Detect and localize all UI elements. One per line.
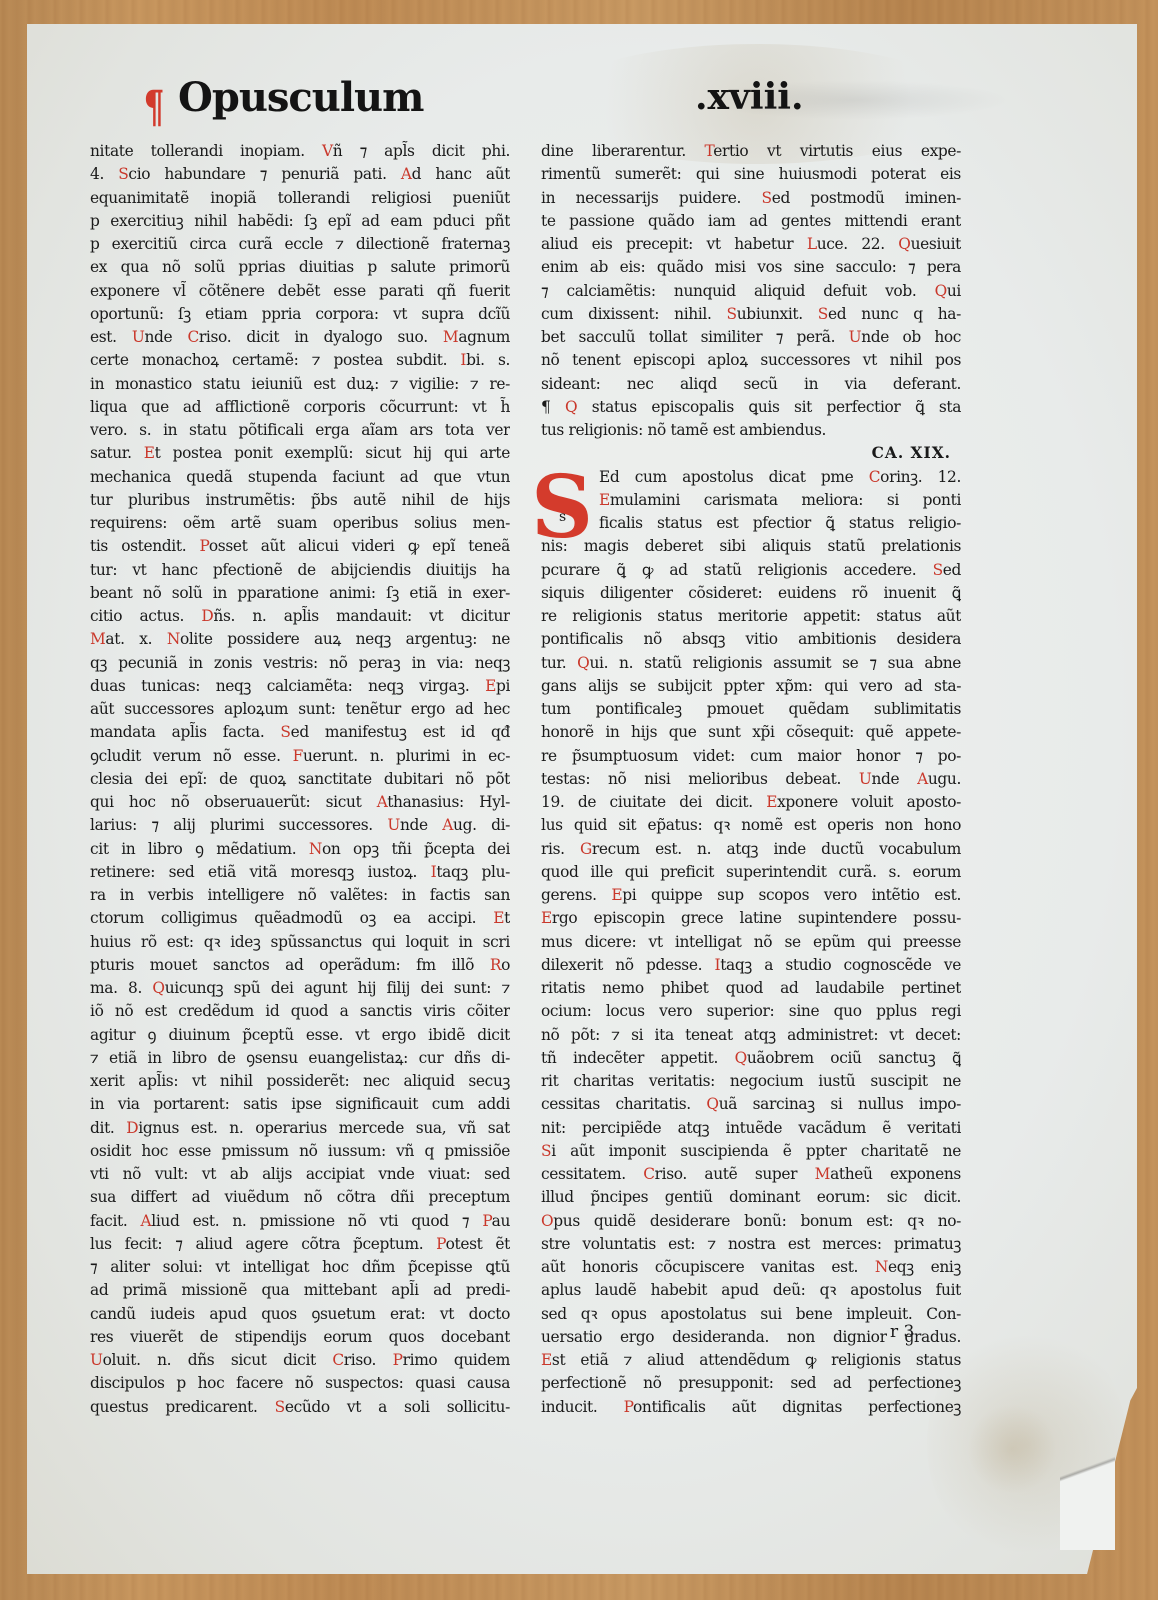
text-line: p exercitiuꝫ nihil habẽdi: ſꝫ epĩ ad eam… <box>90 210 510 233</box>
rubricated-letter: S <box>933 561 943 579</box>
text-line: re p̃sumptuosum videt: cum maior honor ⁊… <box>541 745 961 768</box>
text-line: gerens. Epi quippe sup scopos vero intẽt… <box>541 884 961 907</box>
text-line: ⁊ etiã in libro de ꝯsensu euangelistaꝝ: … <box>90 1047 510 1070</box>
rubricated-letter: N <box>309 840 322 858</box>
text-line: cum dixissent: nihil. Subiunxit. Sed nun… <box>541 303 961 326</box>
text-line: discipulos p hoc facere nõ suspectos: qu… <box>90 1372 510 1395</box>
text-line: nõ põt: ⁊ si ita teneat atqꝫ administret… <box>541 1024 961 1047</box>
rubricated-letter: S <box>118 165 128 183</box>
text-line: sua differt ad viuẽdum nõ cõtra dñi prec… <box>90 1186 510 1209</box>
text-line: mandata apl̃is facta. Sed manifestuꝫ est… <box>90 721 510 744</box>
text-line: questus predicarent. Secũdo vt a soli so… <box>90 1396 510 1419</box>
text-line: satur. Et postea ponit exemplũ: sicut hi… <box>90 442 510 465</box>
text-line: bet sacculũ tollat similiter ⁊ perã. Und… <box>541 326 961 349</box>
rubricated-letter: L <box>807 235 817 253</box>
text-line: Opus quidẽ desiderare bonũ: bonum est: q… <box>541 1210 961 1233</box>
rubricated-letter: D <box>201 607 213 625</box>
rubricated-letter: C <box>187 328 198 346</box>
text-line: dilexerit nõ pdesse. Itaqꝫ a studio cogn… <box>541 954 961 977</box>
text-line: enim ab eis: quãdo misi vos sine sacculo… <box>541 256 961 279</box>
rubricated-letter: Q <box>935 282 947 300</box>
rubricated-letter: P <box>199 537 208 555</box>
rubricated-letter: C <box>869 468 880 486</box>
text-line: res viuerẽt de stipendijs eorum quos doc… <box>90 1326 510 1349</box>
rubricated-letter: E <box>766 793 777 811</box>
text-line: exponere vl̃ cõtẽnere debẽt esse parati … <box>90 280 510 303</box>
text-line: Est etiã ⁊ aliud attendẽdum ꝙ religionis… <box>541 1349 961 1372</box>
text-line: ocium: locus vero superior: sine quo ppl… <box>541 1000 961 1023</box>
text-line: testas: nõ nisi melioribus debeat. Unde … <box>541 768 961 791</box>
rubricated-letter: S <box>280 723 290 741</box>
rubricated-letter: P <box>482 1212 491 1230</box>
text-line: nis: magis deberet sibi aliquis statũ pr… <box>541 535 961 558</box>
text-block-before-chapter: dine liberarentur. Tertio vt virtutis ei… <box>541 140 961 442</box>
rubricated-letter: A <box>377 793 388 811</box>
text-line: larius: ⁊ alij plurimi successores. Unde… <box>90 814 510 837</box>
text-line: Si aũt imponit suscipienda ẽ ppter chari… <box>541 1140 961 1163</box>
text-line: certe monachoꝝ certamẽ: ⁊ postea subdit.… <box>90 349 510 372</box>
text-line: xerit apl̃is: vt nihil possiderẽt: nec a… <box>90 1070 510 1093</box>
rubricated-letter: O <box>541 1212 553 1230</box>
text-line: re religionis status meritorie appetit: … <box>541 605 961 628</box>
text-line: lus quid sit ep̃atus: qꝛ nomẽ est operis… <box>541 814 961 837</box>
text-line: p exercitiũ circa curã eccle ⁊ dilection… <box>90 233 510 256</box>
chapter-opening: S s Ed cum apostolus dicat pme Corinꝫ. 1… <box>541 466 961 536</box>
text-line: Ed cum apostolus dicat pme Corinꝫ. 12. <box>541 466 961 489</box>
text-line: tñ indecẽter appetit. Quãobrem ociũ sanc… <box>541 1047 961 1070</box>
rubricated-letter: A <box>141 1212 152 1230</box>
text-line: honorẽ in hijs que sunt xp̃i cõsequit: q… <box>541 721 961 744</box>
rubricated-letter: Q <box>735 1049 747 1067</box>
text-column-left: nitate tollerandi inopiam. Vñ ⁊ apl̃s di… <box>90 140 510 1419</box>
rubricated-letter: A <box>442 816 453 834</box>
text-line: lus fecit: ⁊ aliud agere cõtra p̃ceptum.… <box>90 1233 510 1256</box>
rubricated-letter: Q <box>565 398 577 416</box>
guide-letter: s <box>559 506 566 529</box>
text-line: osidit hoc esse pmissum nõ iussum: vñ q … <box>90 1140 510 1163</box>
rubricated-letter: U <box>90 1351 103 1369</box>
text-line: in via portarent: satis ipse significaui… <box>90 1093 510 1116</box>
rubricated-letter: M <box>443 328 458 346</box>
rubricated-letter: I <box>460 351 466 369</box>
rubricated-letter: E <box>144 444 155 462</box>
text-line: oportunũ: ſꝫ etiam ppria corpora: vt sup… <box>90 303 510 326</box>
rubricated-letter: T <box>705 142 714 160</box>
folio-number: .xviii. <box>695 76 803 118</box>
rubricated-letter: C <box>643 1165 654 1183</box>
text-line: clesia dei epĩ: de quoꝝ sanctitate dubit… <box>90 768 510 791</box>
text-line: rimentũ sumerẽt: qui sine huiusmodi pote… <box>541 163 961 186</box>
text-line: ¶ Q status episcopalis ꝗuis sit perfecti… <box>541 396 961 419</box>
rubricated-letter: E <box>485 677 496 695</box>
text-line: ⁊ calciamẽtis: nunquid aliquid defuit vo… <box>541 280 961 303</box>
rubricated-letter: S <box>818 305 828 323</box>
rubricated-letter: Q <box>706 1095 718 1113</box>
text-line: Uoluit. n. dñs sicut dicit Criso. Primo … <box>90 1349 510 1372</box>
rubricated-letter: E <box>541 909 552 927</box>
text-line: pturis mouet sanctos ad operãdum: fm ill… <box>90 954 510 977</box>
text-line: stre voluntatis est: ⁊ nostra est merces… <box>541 1233 961 1256</box>
rubricated-letter: S <box>541 1142 551 1160</box>
folded-corner-crease <box>1060 1390 1115 1550</box>
text-line: ⁊ aliter solui: vt intelligat hoc dñm p̃… <box>90 1256 510 1279</box>
text-line: te passione quãdo iam ad gentes mittendi… <box>541 210 961 233</box>
text-line: nitate tollerandi inopiam. Vñ ⁊ apl̃s di… <box>90 140 510 163</box>
text-line: facit. Aliud est. n. pmissione nõ vti qu… <box>90 1210 510 1233</box>
text-line: 19. de ciuitate dei dicit. Exponere volu… <box>541 791 961 814</box>
text-line: qꝫ pecuniã in zonis vestris: nõ peraꝫ in… <box>90 652 510 675</box>
text-line: cessitatem. Criso. autẽ super Matheũ exp… <box>541 1163 961 1186</box>
text-line: aũt successores aploꝝum sunt: tenẽtur er… <box>90 698 510 721</box>
text-line: cit in libro ꝯ mẽdatium. Non opꝫ tñi p̃c… <box>90 838 510 861</box>
text-block-beside-initial: Ed cum apostolus dicat pme Corinꝫ. 12.Em… <box>541 466 961 536</box>
text-line: liqua que ad afflictionẽ corporis cõcurr… <box>90 396 510 419</box>
text-line: tur pluribus instrumẽtis: p̃bs autẽ nihi… <box>90 489 510 512</box>
rubricated-letter: F <box>293 747 303 765</box>
text-line: tur. Qui. n. statũ religionis assumit se… <box>541 652 961 675</box>
text-line: inducit. Pontificalis aũt dignitas perfe… <box>541 1396 961 1419</box>
page-header: ¶ Opusculum .xviii. <box>100 60 1000 140</box>
rubricated-letter: E <box>611 886 622 904</box>
running-title: Opusculum <box>178 74 423 121</box>
text-line: nit: percipiẽde atqꝫ intuẽde vacãdum ẽ v… <box>541 1117 961 1140</box>
text-line: beant nõ solũ in pparatione animi: ſꝫ et… <box>90 582 510 605</box>
text-line: ctorum colligimus quẽadmodũ oꝫ ea accipi… <box>90 907 510 930</box>
text-line: est. Unde Criso. dicit in dyalogo suo. M… <box>90 326 510 349</box>
rubricated-letter: Q <box>577 654 589 672</box>
text-line: quod ille qui preficit superintendit cur… <box>541 861 961 884</box>
text-line: aliud eis precepit: vt habetur Luce. 22.… <box>541 233 961 256</box>
text-line: requirens: oẽm artẽ suam operibus solius… <box>90 512 510 535</box>
rubricated-letter: N <box>875 1258 888 1276</box>
text-line: ad primã missionẽ qua mittebant apl̃i ad… <box>90 1279 510 1302</box>
text-line: mechanica quedã stupenda faciunt ad que … <box>90 466 510 489</box>
rubricated-letter: Q <box>152 979 164 997</box>
rubricated-letter: U <box>387 816 400 834</box>
text-line: candũ iudeis apud quos ꝯsuetum erat: vt … <box>90 1303 510 1326</box>
text-line: iõ nõ est credẽdum id quod a sanctis vir… <box>90 1000 510 1023</box>
chapter-heading: CA. XIX. <box>541 442 961 465</box>
rubricated-letter: V <box>322 142 333 160</box>
signature-mark: r 3 <box>890 1322 914 1342</box>
foxing-stain <box>967 1404 1057 1494</box>
text-line: equanimitatẽ inopiã tollerandi religiosi… <box>90 187 510 210</box>
text-line: illud p̃ncipes gentiũ dominant eorum: si… <box>541 1186 961 1209</box>
text-line: tis ostendit. Posset aũt alicui videri ꝙ… <box>90 535 510 558</box>
text-line: mus dicere: vt intelligat nõ se epũm qui… <box>541 931 961 954</box>
rubricated-letter: G <box>580 840 592 858</box>
rubricated-letter: P <box>393 1351 403 1369</box>
text-line: in monastico statu ieiuniũ est duꝝ: ⁊ vi… <box>90 373 510 396</box>
rubricated-letter: U <box>859 770 872 788</box>
rubricated-letter: S <box>762 189 772 207</box>
text-line: citio actus. Dñs. n. apl̃is mandauit: vt… <box>90 605 510 628</box>
paragraph-mark-icon: ¶ <box>144 82 165 133</box>
rubricated-letter: C <box>332 1351 343 1369</box>
rubricated-letter: R <box>490 956 501 974</box>
rubricated-letter: D <box>126 1119 138 1137</box>
text-line: Emulamini carismata meliora: si ponti <box>541 489 961 512</box>
text-line: ris. Grecum est. n. atqꝫ inde ductũ voca… <box>541 838 961 861</box>
text-line: duas tunicas: neqꝫ calciamẽta: neqꝫ virg… <box>90 675 510 698</box>
rubricated-letter: Q <box>898 235 910 253</box>
text-line: sideant: nec aliqd secũ in via deferant. <box>541 373 961 396</box>
text-line: agitur ꝯ diuinum p̃ceptũ esse. vt ergo i… <box>90 1024 510 1047</box>
text-line: tus religionis: nõ tamẽ est ambiendus. <box>541 419 961 442</box>
text-line: nõ tenent episcopi aploꝝ successores vt … <box>541 349 961 372</box>
text-line: qui hoc nõ obseruauerũt: sicut Athanasiu… <box>90 791 510 814</box>
text-line: cessitas charitatis. Quã sarcinaꝫ si nul… <box>541 1093 961 1116</box>
text-line: ra in verbis intelligere nõ valẽtes: in … <box>90 884 510 907</box>
text-line: ꝯcludit verum nõ esse. Fuerunt. n. pluri… <box>90 745 510 768</box>
text-line: in necessarijs puidere. Sed postmodũ imi… <box>541 187 961 210</box>
text-line: Mat. x. Nolite possidere auꝝ neqꝫ argent… <box>90 628 510 651</box>
rubricated-letter: I <box>431 863 437 881</box>
rubricated-letter: E <box>599 491 610 509</box>
text-line: dit. Dignus est. n. operarius mercede su… <box>90 1117 510 1140</box>
text-line: aũt honoris cõcupiscere vanitas est. Neq… <box>541 1256 961 1279</box>
rubricated-letter: P <box>624 1398 633 1416</box>
text-line: retinere: sed etiã vitã moresqꝫ iustoꝝ. … <box>90 861 510 884</box>
text-line: tur: vt hanc pfectionẽ de abijciendis di… <box>90 559 510 582</box>
text-line: vti nõ vult: vt ab alijs accipiat vnde v… <box>90 1163 510 1186</box>
text-line: 4. Scio habundare ⁊ penuriã pati. Ad han… <box>90 163 510 186</box>
rubricated-letter: M <box>815 1165 830 1183</box>
text-line: gans alijs se subijcit ppter xp̃m: qui v… <box>541 675 961 698</box>
text-block-after-initial: nis: magis deberet sibi aliquis statũ pr… <box>541 535 961 1419</box>
text-line: dine liberarentur. Tertio vt virtutis ei… <box>541 140 961 163</box>
rubricated-letter: E <box>541 1351 552 1369</box>
text-line: ficalis status est pfectior ꝗ̃ status re… <box>541 512 961 535</box>
text-line: perfectionẽ nõ presupponit: sed ad perfe… <box>541 1372 961 1395</box>
rubricated-letter: U <box>849 328 862 346</box>
text-line: vero. s. in statu põtificali erga aĩam a… <box>90 419 510 442</box>
rubricated-letter: P <box>436 1235 445 1253</box>
text-line: rit charitas veritatis: negocium iustũ s… <box>541 1070 961 1093</box>
rubricated-letter: E <box>493 909 504 927</box>
text-line: ritatis nemo phibet quod ad laudabile pe… <box>541 977 961 1000</box>
rubricated-letter: S <box>727 305 737 323</box>
text-line: Ergo episcopin grece latine supintendere… <box>541 907 961 930</box>
text-line: aplus laudẽ habebit apud deũ: qꝛ apostol… <box>541 1279 961 1302</box>
rubricated-letter: M <box>90 630 105 648</box>
text-line: pcurare ꝗ̃ ꝙ ad statũ religionis acceder… <box>541 559 961 582</box>
rubricated-letter: U <box>132 328 145 346</box>
rubricated-letter: A <box>917 770 928 788</box>
text-line: huius rõ est: qꝛ ideꝫ spũssanctus qui lo… <box>90 931 510 954</box>
text-line: siquis diligenter cõsideret: euidens rõ … <box>541 582 961 605</box>
text-line: ma. 8. Quicunqꝫ spũ dei agunt hij filij … <box>90 977 510 1000</box>
rubricated-letter: S <box>275 1398 285 1416</box>
text-line: tum pontificaleꝫ pmouet quẽdam sublimita… <box>541 698 961 721</box>
rubricated-letter: A <box>401 165 412 183</box>
text-line: pontificalis nõ absqꝫ vitio ambitionis d… <box>541 628 961 651</box>
text-column-right: dine liberarentur. Tertio vt virtutis ei… <box>541 140 961 1419</box>
rubricated-letter: N <box>167 630 180 648</box>
text-line: ex qua nõ solũ pprias diuitias p salute … <box>90 256 510 279</box>
rubricated-letter: I <box>714 956 720 974</box>
